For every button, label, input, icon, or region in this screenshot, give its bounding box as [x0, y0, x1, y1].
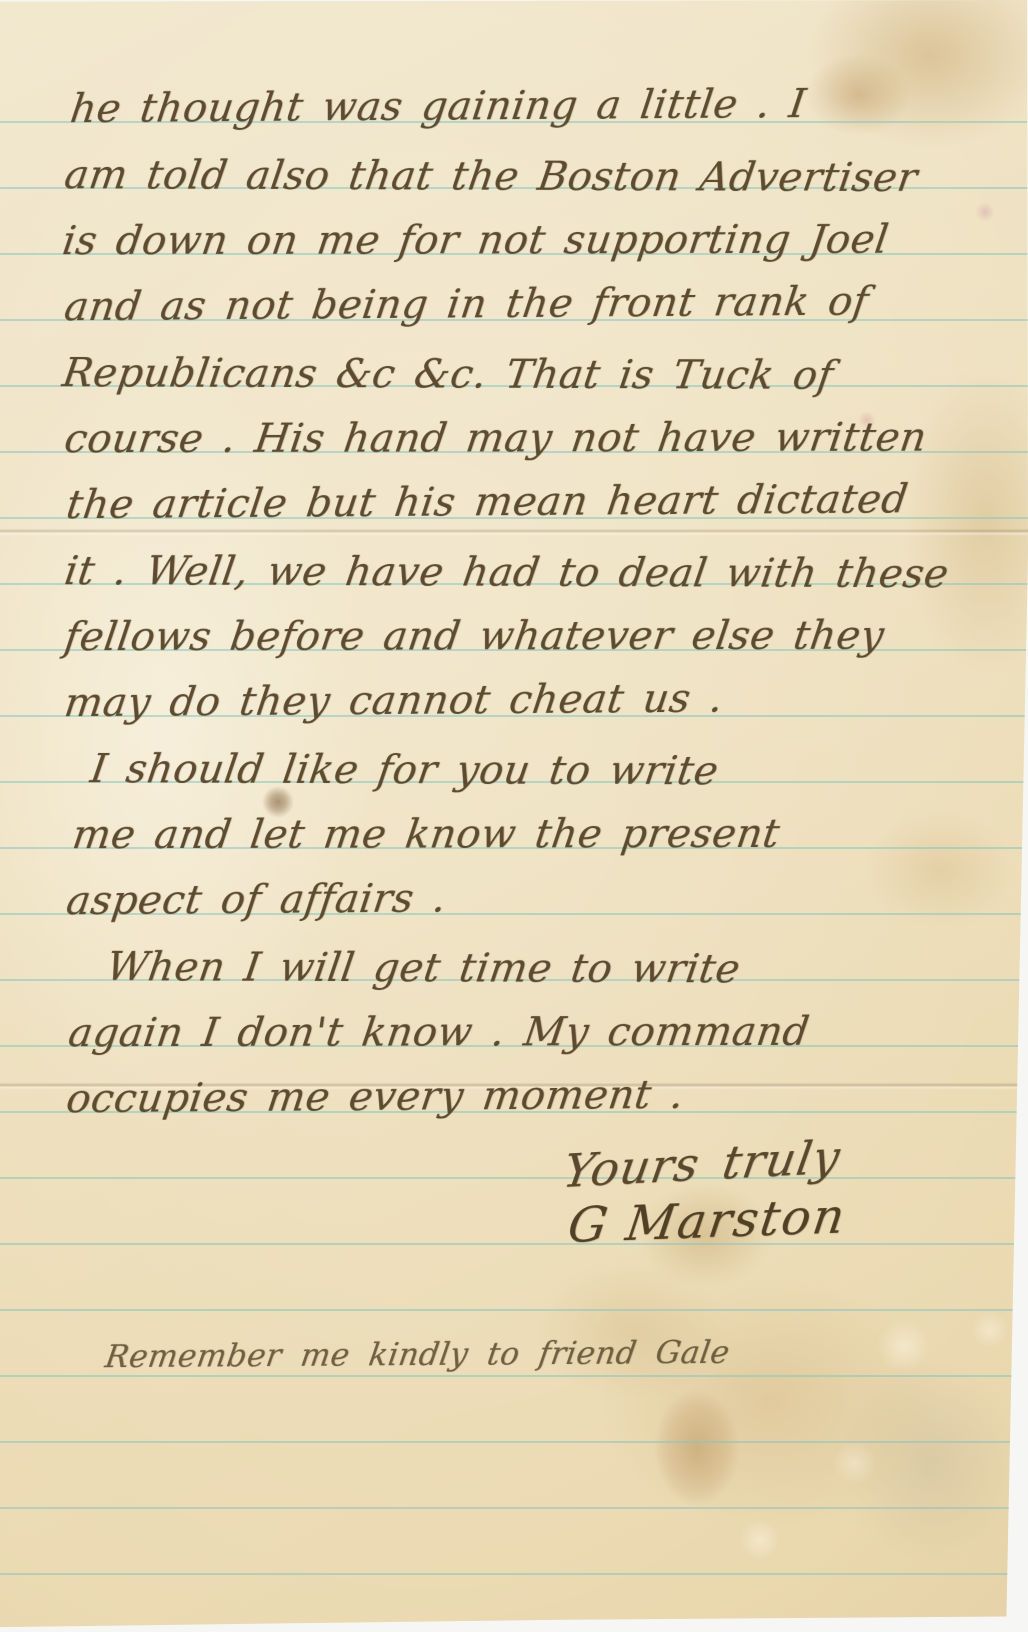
- handwriting-line: aspect of affairs .: [64, 878, 449, 921]
- handwriting-line: me and let me know the present: [70, 814, 782, 855]
- handwriting-line: and as not being in the front rank of: [62, 281, 871, 327]
- signature: G Marston: [565, 1192, 849, 1250]
- handwriting-line: is down on me for not supporting Joel: [60, 220, 891, 261]
- handwriting-line: fellows before and whatever else they: [62, 616, 887, 657]
- handwriting-line: When I will get time to write: [104, 947, 743, 989]
- handwriting-line: am told also that the Boston Advertiser: [62, 155, 920, 198]
- handwriting-line: the article but his mean heart dictated: [64, 479, 910, 525]
- handwriting-line: I should like for you to write: [88, 749, 721, 791]
- letter-paper: he thought was gaining a little . Iam to…: [0, 0, 1028, 1632]
- handwriting-line: again I don't know . My command: [66, 1012, 812, 1053]
- handwriting-line: may do they cannot cheat us .: [62, 678, 726, 723]
- handwriting-line: course . His hand may not have written: [62, 417, 929, 459]
- scan-background: { "letter": { "medium": "handwritten ink…: [0, 0, 1028, 1632]
- handwriting-line: occupies me every moment .: [64, 1075, 686, 1119]
- postscript-line: Remember me kindly to friend Gale: [103, 1338, 732, 1373]
- handwriting-line: it . Well, we have had to deal with thes…: [62, 551, 951, 594]
- closing-line: Yours truly: [560, 1134, 844, 1194]
- handwriting-line: he thought was gaining a little . I: [68, 84, 808, 129]
- scanned-letter: he thought was gaining a little . Iam to…: [0, 0, 1028, 1632]
- handwriting-line: Republicans &c &c. That is Tuck of: [60, 353, 836, 396]
